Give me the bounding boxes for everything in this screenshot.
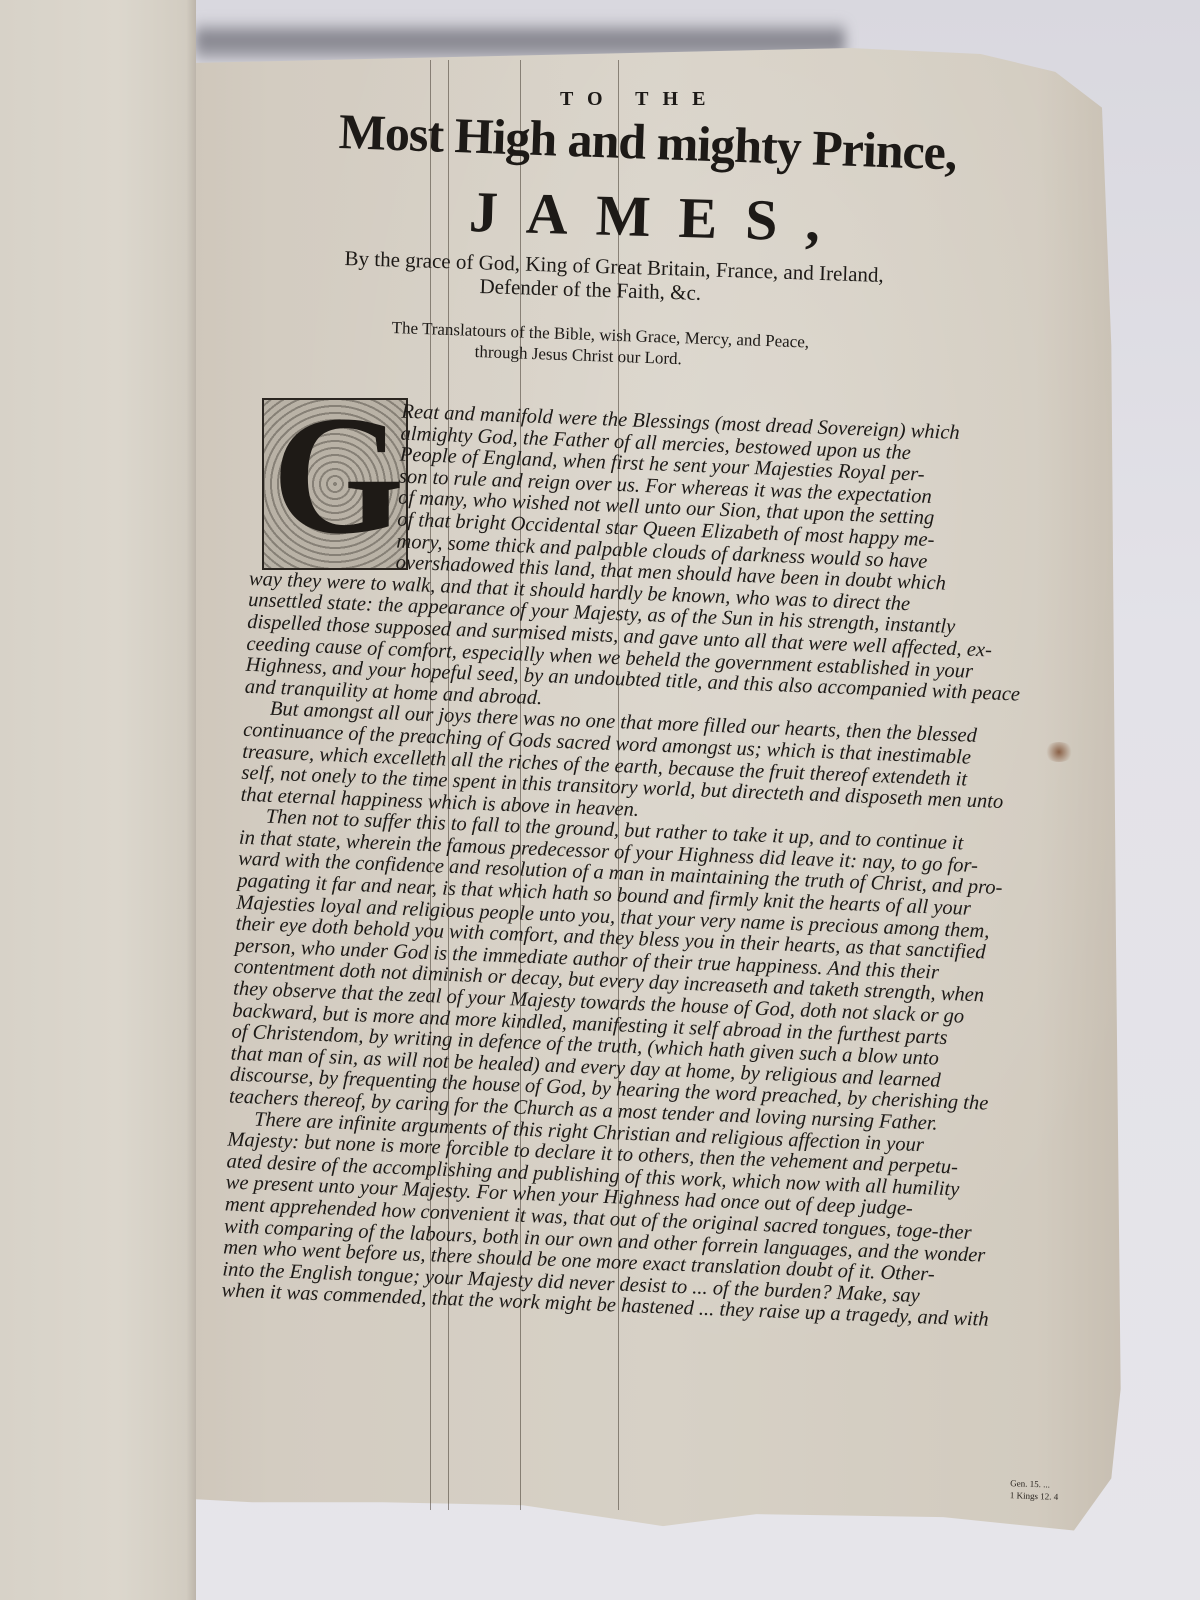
margin-notes: Gen. 15. ... 1 Kings 12. 4: [1010, 1477, 1059, 1503]
heading-name: JAMES,: [468, 178, 849, 256]
left-page-flyleaf: [0, 0, 196, 1600]
dedication-body: Reat and manifold were the Blessings (mo…: [221, 396, 1035, 1332]
heading-to-the: TO THE: [560, 88, 719, 111]
margin-note: 1 Kings 12. 4: [1010, 1489, 1059, 1503]
foxing-stain: [1044, 742, 1074, 762]
